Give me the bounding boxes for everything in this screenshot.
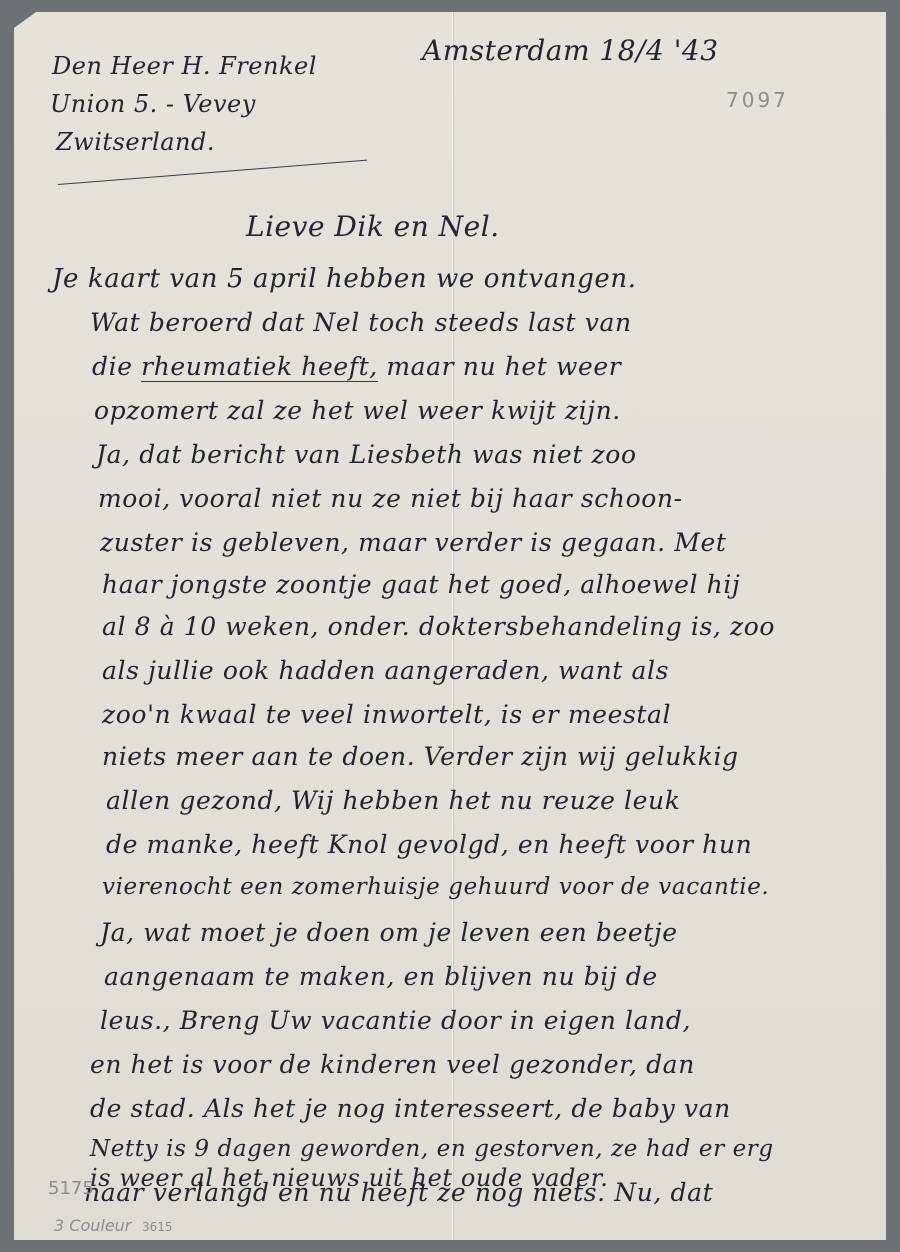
address-line-2: Union 5. - Vevey <box>50 90 256 118</box>
body-line: Je kaart van 5 april hebben we ontvangen… <box>52 264 637 294</box>
pencil-note-bottom-number: 3615 <box>142 1220 173 1234</box>
archive-number-top: 7097 <box>726 88 789 112</box>
body-text-segment: die <box>92 352 141 381</box>
body-line: opzomert zal ze het wel weer kwijt zijn. <box>94 396 621 425</box>
pencil-note-bottom-left: 3 Couleur <box>54 1216 131 1235</box>
underlined-phrase: rheumatiek heeft, <box>141 352 378 382</box>
body-line: en het is voor de kinderen veel gezonder… <box>90 1050 695 1079</box>
body-line: is weer al het nieuws uit het oude vader… <box>90 1164 608 1192</box>
body-line: zuster is gebleven, maar verder is gegaa… <box>100 528 727 557</box>
body-line: als jullie ook hadden aangeraden, want a… <box>102 656 669 685</box>
body-line: Ja, wat moet je doen om je leven een bee… <box>100 918 678 947</box>
pencil-note-margin-number: 5175 <box>48 1178 94 1199</box>
address-line-1: Den Heer H. Frenkel <box>52 52 317 80</box>
place-date: Amsterdam 18/4 '43 <box>422 34 719 67</box>
body-line: Ja, dat bericht van Liesbeth was niet zo… <box>96 440 637 469</box>
body-line: haar jongste zoontje gaat het goed, alho… <box>102 570 740 599</box>
body-line: allen gezond, Wij hebben het nu reuze le… <box>106 786 681 815</box>
body-line: leus., Breng Uw vacantie door in eigen l… <box>100 1006 691 1035</box>
body-line: al 8 à 10 weken, onder. doktersbehandeli… <box>102 612 775 641</box>
body-line: Wat beroerd dat Nel toch steeds last van <box>90 308 632 337</box>
body-line: de manke, heeft Knol gevolgd, en heeft v… <box>106 830 752 859</box>
letter-paper: Den Heer H. Frenkel Union 5. - Vevey Zwi… <box>14 12 886 1240</box>
body-line: aangenaam te maken, en blijven nu bij de <box>104 962 658 991</box>
body-line: Netty is 9 dagen geworden, en gestorven,… <box>90 1136 774 1162</box>
body-line: de stad. Als het je nog interesseert, de… <box>90 1094 731 1123</box>
salutation: Lieve Dik en Nel. <box>246 210 500 243</box>
body-line: niets meer aan te doen. Verder zijn wij … <box>102 742 739 771</box>
body-line: vierenocht een zomerhuisje gehuurd voor … <box>102 874 769 900</box>
address-line-3: Zwitserland. <box>56 128 215 156</box>
body-line: mooi, vooral niet nu ze niet bij haar sc… <box>98 484 683 513</box>
body-text-segment: maar nu het weer <box>378 352 622 381</box>
body-line: die rheumatiek heeft, maar nu het weer <box>92 352 621 381</box>
body-line: zoo'n kwaal te veel inwortelt, is er mee… <box>102 700 671 729</box>
address-underline <box>58 160 367 185</box>
